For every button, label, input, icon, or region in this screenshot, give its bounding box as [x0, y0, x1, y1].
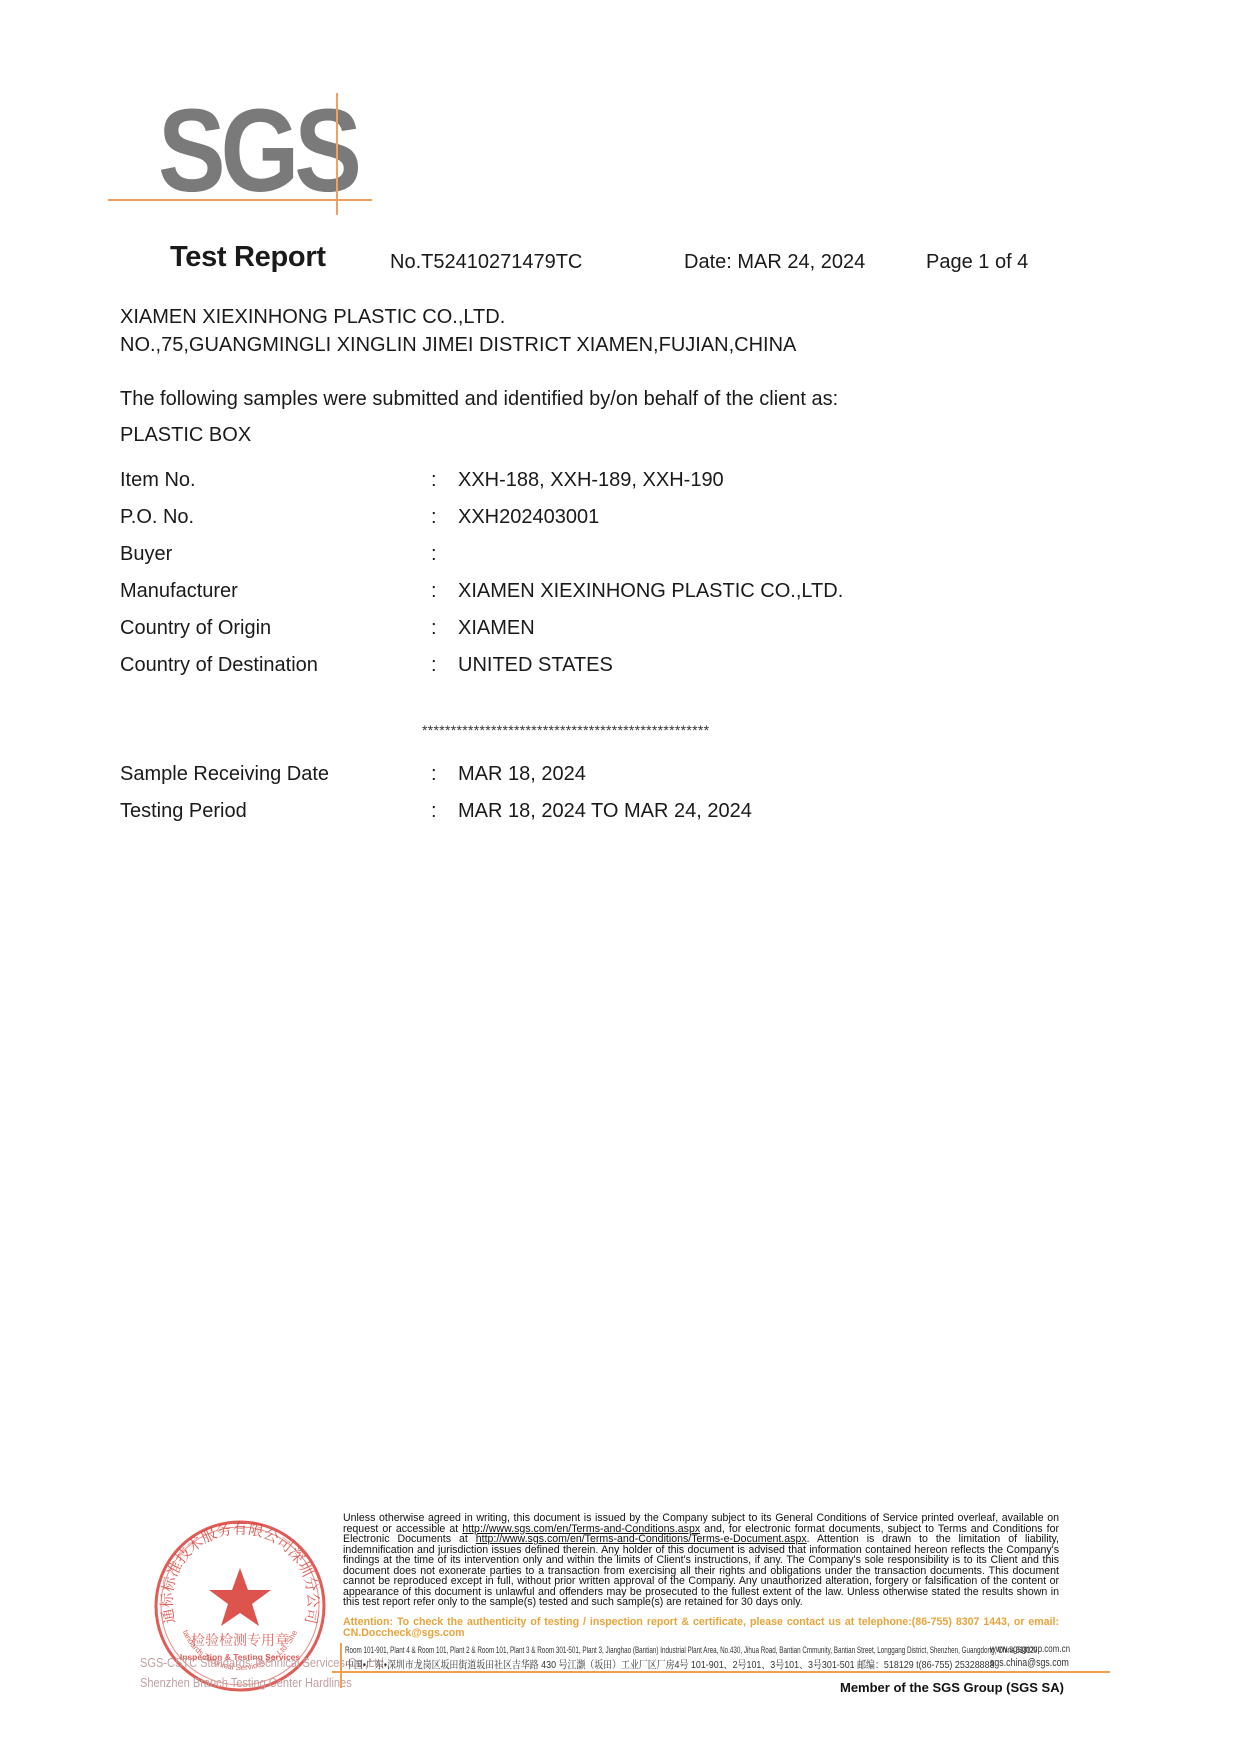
field-label: Country of Destination: [120, 654, 318, 677]
logo-vertical-rule: [336, 93, 338, 215]
website-link[interactable]: www.sgsgroup.com.cn: [990, 1644, 1070, 1655]
field-colon: :: [431, 506, 437, 529]
legal-disclaimer: Unless otherwise agreed in writing, this…: [343, 1513, 1059, 1608]
sample-name: PLASTIC BOX: [120, 424, 251, 447]
field-label: Buyer: [120, 543, 172, 566]
field-value: XXH202403001: [458, 506, 599, 529]
field-value: XIAMEN: [458, 617, 535, 640]
field-value: MAR 18, 2024 TO MAR 24, 2024: [458, 800, 752, 823]
field-colon: :: [431, 543, 437, 566]
email-link[interactable]: sgs.china@sgs.com: [990, 1657, 1069, 1669]
address-chinese: 中国•广东•深圳市龙岗区坂田街道坂田社区吉华路 430 号江灏（坂田）工业厂区厂…: [345, 1657, 995, 1672]
field-colon: :: [431, 469, 437, 492]
field-label: P.O. No.: [120, 506, 194, 529]
separator-stars: ****************************************…: [422, 722, 709, 738]
intro-text: The following samples were submitted and…: [120, 388, 838, 411]
client-name: XIAMEN XIEXINHONG PLASTIC CO.,LTD.: [120, 306, 505, 329]
stamp-label-branch: Shenzhen Branch Testing Center Hardlines: [140, 1675, 352, 1690]
field-colon: :: [431, 763, 437, 786]
legal-text: . Attention is drawn to the limitation o…: [343, 1533, 1059, 1608]
field-value: XXH-188, XXH-189, XXH-190: [458, 469, 724, 492]
field-label: Testing Period: [120, 800, 247, 823]
field-value: MAR 18, 2024: [458, 763, 586, 786]
field-colon: :: [431, 800, 437, 823]
client-address: NO.,75,GUANGMINGLI XINGLIN JIMEI DISTRIC…: [120, 334, 796, 357]
field-label: Item No.: [120, 469, 196, 492]
field-colon: :: [431, 654, 437, 677]
footer-vertical-rule: [340, 1643, 342, 1688]
logo-horizontal-rule: [108, 199, 372, 201]
field-colon: :: [431, 580, 437, 603]
field-label: Sample Receiving Date: [120, 763, 329, 786]
stamp-center-text-cn: 检验检测专用章: [191, 1632, 289, 1649]
address-english: Room 101-901, Plant 4 & Room 101, Plant …: [345, 1645, 1037, 1655]
field-label: Country of Origin: [120, 617, 271, 640]
field-label: Manufacturer: [120, 580, 238, 603]
field-value: XIAMEN XIEXINHONG PLASTIC CO.,LTD.: [458, 580, 843, 603]
report-number: No.T52410271479TC: [390, 251, 582, 274]
field-colon: :: [431, 617, 437, 640]
report-date: Date: MAR 24, 2024: [684, 251, 865, 274]
page-indicator: Page 1 of 4: [926, 251, 1028, 274]
sgs-logo: SGS: [158, 92, 357, 210]
authenticity-attention: Attention: To check the authenticity of …: [343, 1617, 1059, 1638]
field-value: UNITED STATES: [458, 654, 613, 677]
report-title: Test Report: [170, 241, 326, 274]
member-statement: Member of the SGS Group (SGS SA): [840, 1680, 1064, 1695]
